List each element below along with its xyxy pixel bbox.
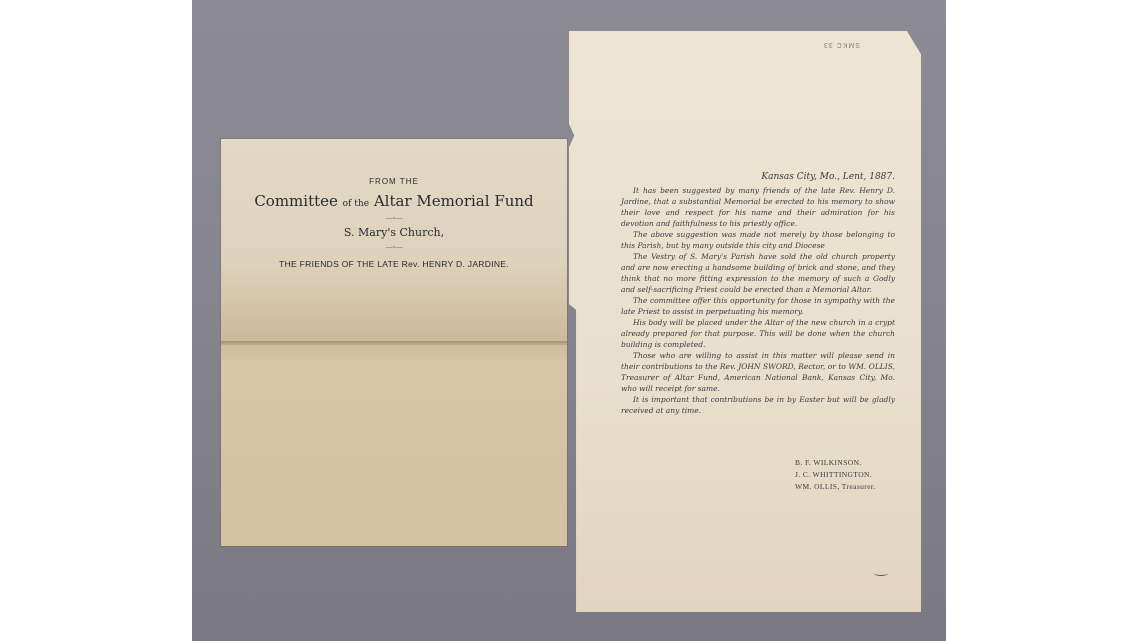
church-name: S. Mary's Church, bbox=[221, 226, 567, 239]
ornament-divider: —◦— bbox=[221, 214, 567, 222]
pencil-mark bbox=[874, 571, 888, 576]
title-part-2: Altar Memorial Fund bbox=[374, 192, 534, 210]
fold-crease bbox=[221, 341, 567, 345]
committee-header: FROM THE Committee of the Altar Memorial… bbox=[221, 177, 567, 269]
paragraph: The Vestry of S. Mary's Parish have sold… bbox=[621, 251, 895, 295]
from-label: FROM THE bbox=[221, 177, 567, 186]
left-document-folded-sheet: FROM THE Committee of the Altar Memorial… bbox=[221, 139, 567, 546]
signer: WM. OLLIS, Treasurer. bbox=[795, 481, 876, 493]
paragraph: The above suggestion was made not merely… bbox=[621, 229, 895, 251]
paragraph: The committee offer this opportunity for… bbox=[621, 295, 895, 317]
signer: B. F. WILKINSON. bbox=[795, 457, 876, 469]
paragraph: Those who are willing to assist in this … bbox=[621, 350, 895, 394]
signer: J. C. WHITTINGTON. bbox=[795, 469, 876, 481]
committee-title: Committee of the Altar Memorial Fund bbox=[221, 192, 567, 210]
paragraph: It is important that contributions be in… bbox=[621, 394, 895, 416]
paragraph: It has been suggested by many friends of… bbox=[621, 185, 895, 229]
signatories: B. F. WILKINSON. J. C. WHITTINGTON. WM. … bbox=[795, 457, 876, 493]
dateline: Kansas City, Mo., Lent, 1887. bbox=[621, 172, 895, 183]
archival-pencil-note: SMKC 33 bbox=[823, 41, 860, 48]
letter-body: Kansas City, Mo., Lent, 1887. It has bee… bbox=[621, 172, 895, 416]
ornament-divider: —◦— bbox=[221, 243, 567, 251]
title-part-1: Committee bbox=[254, 192, 338, 210]
right-document-letter: SMKC 33 Kansas City, Mo., Lent, 1887. It… bbox=[569, 31, 921, 612]
title-small: of the bbox=[343, 199, 369, 209]
friends-line: THE FRIENDS OF THE LATE Rev. HENRY D. JA… bbox=[221, 259, 567, 269]
paragraph: His body will be placed under the Altar … bbox=[621, 317, 895, 350]
